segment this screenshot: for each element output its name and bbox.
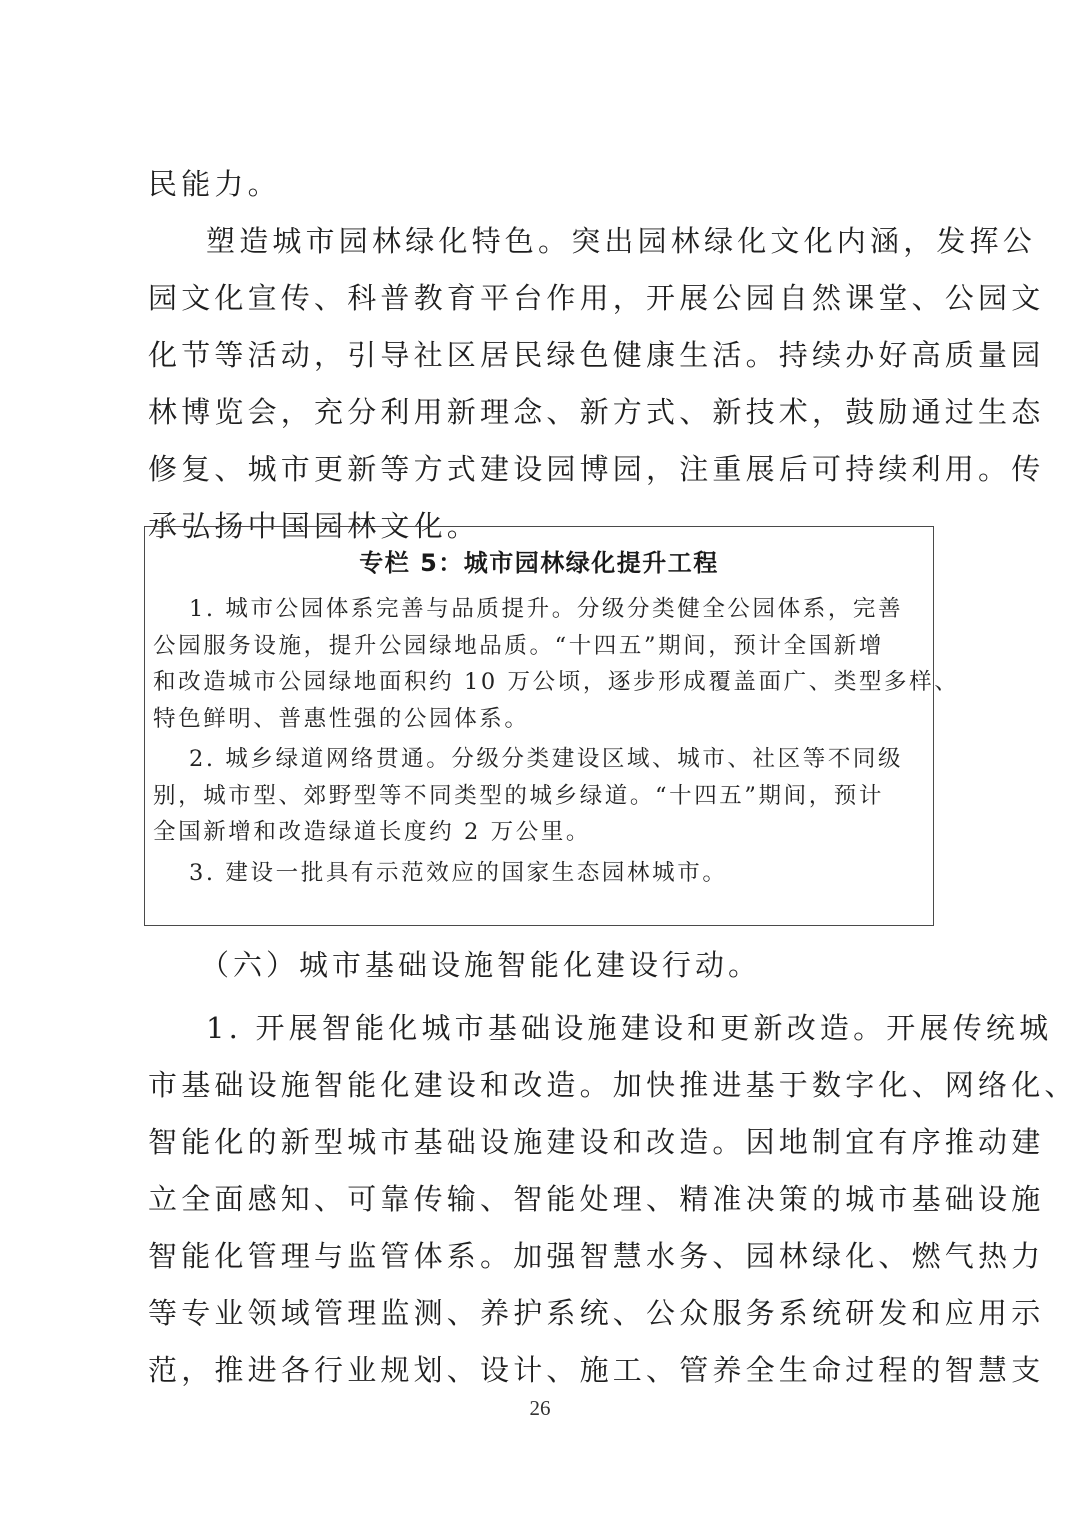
feature-item-line: 别，城市型、郊野型等不同类型的城乡绿道。“十四五”期间，预计 bbox=[153, 778, 928, 815]
text-line: 智能化的新型城市基础设施建设和改造。因地制宜有序推动建 bbox=[148, 1114, 928, 1171]
text-line: 民能力。 bbox=[148, 156, 928, 213]
text-line: 范，推进各行业规划、设计、施工、管养全生命过程的智慧支 bbox=[148, 1342, 928, 1399]
feature-box-title: 专栏 5：城市园林绿化提升工程 bbox=[145, 543, 933, 578]
feature-box-body: 1. 城市公园体系完善与品质提升。分级分类健全公园体系，完善 公园服务设施，提升… bbox=[153, 591, 928, 891]
text-line: 林博览会，充分利用新理念、新方式、新技术，鼓励通过生态 bbox=[148, 384, 928, 441]
text-line: 化节等活动，引导社区居民绿色健康生活。持续办好高质量园 bbox=[148, 327, 928, 384]
feature-item-line: 和改造城市公园绿地面积约 10 万公顷，逐步形成覆盖面广、类型多样、 bbox=[153, 664, 928, 701]
feature-item-line: 1. 城市公园体系完善与品质提升。分级分类健全公园体系，完善 bbox=[153, 591, 928, 628]
feature-item-line: 2. 城乡绿道网络贯通。分级分类建设区域、城市、社区等不同级 bbox=[153, 741, 928, 778]
text-line: 修复、城市更新等方式建设园博园，注重展后可持续利用。传 bbox=[148, 441, 928, 498]
text-line: 园文化宣传、科普教育平台作用，开展公园自然课堂、公园文 bbox=[148, 270, 928, 327]
text-line: 塑造城市园林绿化特色。突出园林绿化文化内涵，发挥公 bbox=[148, 213, 928, 270]
text-line: 等专业领域管理监测、养护系统、公众服务系统研发和应用示 bbox=[148, 1285, 928, 1342]
text-line: 立全面感知、可靠传输、智能处理、精准决策的城市基础设施 bbox=[148, 1171, 928, 1228]
text-line: 市基础设施智能化建设和改造。加快推进基于数字化、网络化、 bbox=[148, 1057, 928, 1114]
feature-item-line: 3. 建设一批具有示范效应的国家生态园林城市。 bbox=[153, 855, 928, 892]
paragraph-continuation: 民能力。 bbox=[148, 156, 928, 213]
text-line: 1. 开展智能化城市基础设施建设和更新改造。开展传统城 bbox=[148, 1000, 928, 1057]
feature-item-line: 全国新增和改造绿道长度约 2 万公里。 bbox=[153, 814, 928, 851]
feature-box: 专栏 5：城市园林绿化提升工程 1. 城市公园体系完善与品质提升。分级分类健全公… bbox=[144, 526, 934, 926]
text-line: 智能化管理与监管体系。加强智慧水务、园林绿化、燃气热力 bbox=[148, 1228, 928, 1285]
paragraph-garden-features: 塑造城市园林绿化特色。突出园林绿化文化内涵，发挥公 园文化宣传、科普教育平台作用… bbox=[148, 213, 928, 555]
document-page: 民能力。 塑造城市园林绿化特色。突出园林绿化文化内涵，发挥公 园文化宣传、科普教… bbox=[0, 0, 1080, 1527]
feature-item-line: 特色鲜明、普惠性强的公园体系。 bbox=[153, 701, 928, 738]
section-heading: （六）城市基础设施智能化建设行动。 bbox=[200, 940, 761, 990]
feature-item-line: 公园服务设施，提升公园绿地品质。“十四五”期间，预计全国新增 bbox=[153, 628, 928, 665]
page-number: 26 bbox=[0, 1396, 1080, 1421]
paragraph-smart-infrastructure: 1. 开展智能化城市基础设施建设和更新改造。开展传统城 市基础设施智能化建设和改… bbox=[148, 1000, 928, 1399]
